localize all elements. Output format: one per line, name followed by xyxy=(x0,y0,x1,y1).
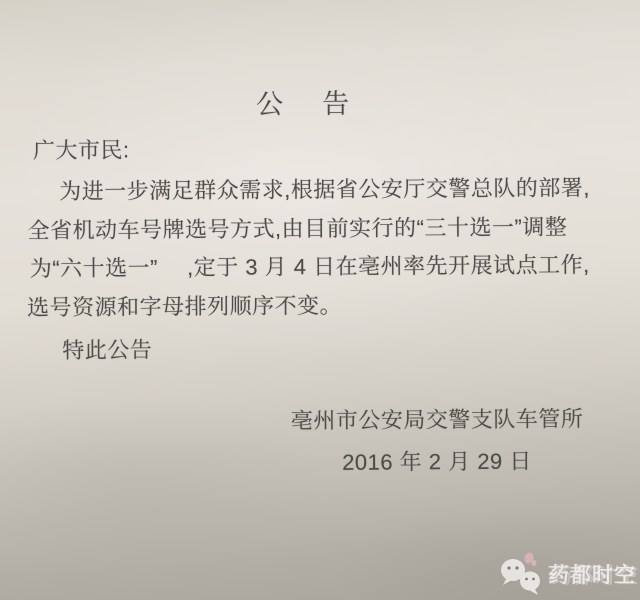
issue-date: 2016 年 2 月 29 日 xyxy=(342,451,532,474)
issuing-authority-signature: 亳州市公安局交警支队车管所 xyxy=(291,408,584,432)
body-line: 为“六十选一” ,定于 3 月 4 日在亳州率先开展试点工作, xyxy=(30,254,590,280)
notice-document: 公 告 广大市民: 为进一步满足群众需求,根据省公安厅交警总队的部署, 全省机动… xyxy=(0,0,640,600)
body-line: 为进一步满足群众需求,根据省公安厅交警总队的部署, xyxy=(59,177,590,203)
closing-phrase: 特此公告 xyxy=(62,339,152,362)
notice-title: 公 告 xyxy=(0,89,613,120)
wechat-chat-bubbles-icon xyxy=(500,550,544,598)
watermark-label: 药都时空 xyxy=(548,559,636,589)
salutation: 广大市民: xyxy=(33,139,130,162)
photographed-paper-background: 公 告 广大市民: 为进一步满足群众需求,根据省公安厅交警总队的部署, 全省机动… xyxy=(0,0,640,600)
media-watermark: 药都时空 xyxy=(500,548,640,600)
body-line: 选号资源和字母排列顺序不变。 xyxy=(27,295,342,319)
body-line: 全省机动车号牌选号方式,由目前实行的“三十选一”调整 xyxy=(27,216,567,242)
